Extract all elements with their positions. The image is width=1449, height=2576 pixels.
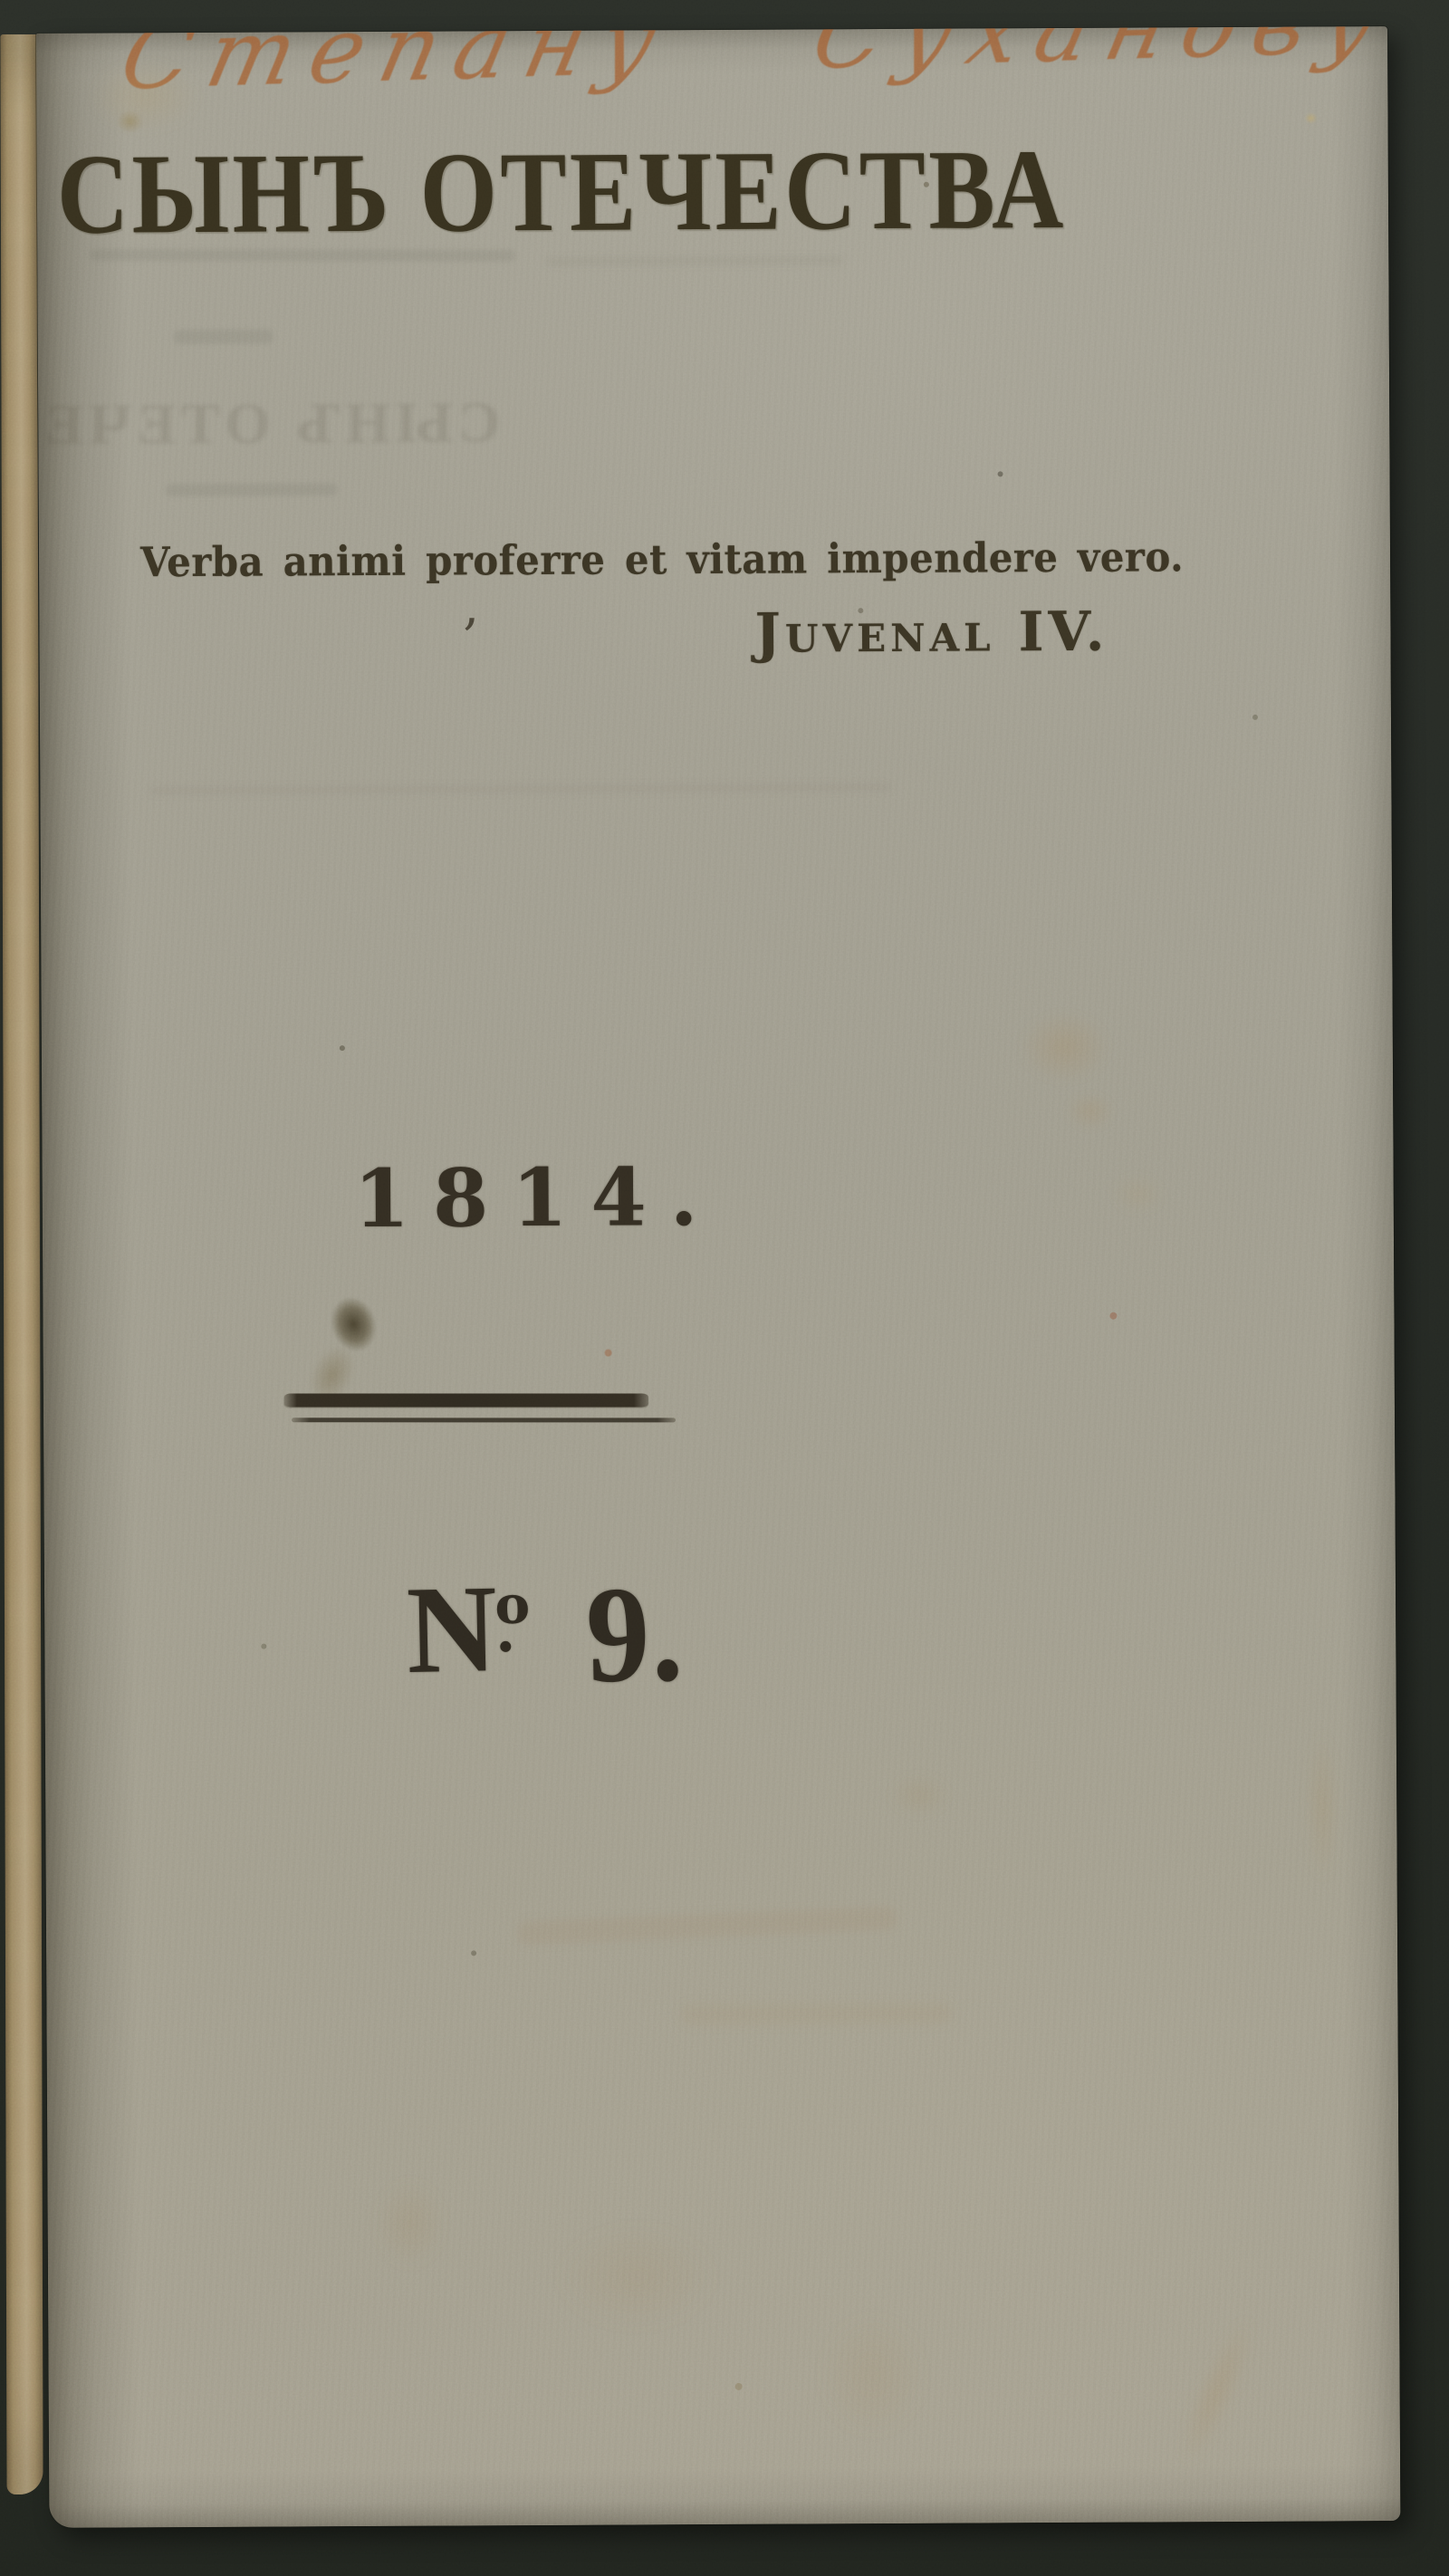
show-through-ghost-title: СЫНЪ ОТЕЧЕСТВА [120, 389, 500, 457]
numero-space [529, 1564, 585, 1565]
publication-year: 1814. [354, 1157, 722, 1238]
show-through-smudge [166, 483, 338, 496]
paper-stain [1020, 1011, 1110, 1084]
paper-stain [1065, 1092, 1115, 1130]
numero-superscript: o . [494, 1589, 531, 1645]
binding-edge [0, 34, 43, 2494]
scan-background: Степану Суханову СЫНЪ ОТЕЧЕСТВА СЫНЪ ОТЕ… [0, 0, 1449, 2576]
divider-rule-thin [292, 1418, 676, 1422]
paper-stain [1306, 1729, 1339, 1883]
issue-number: N o . 9. [406, 1562, 695, 1707]
journal-cover-page: Степану Суханову СЫНЪ ОТЕЧЕСТВА СЫНЪ ОТЕ… [36, 26, 1400, 2528]
divider-rule-thick [284, 1393, 648, 1407]
show-through-smudge [544, 255, 843, 266]
paper-stain [888, 1773, 951, 1818]
paper-stain [373, 2178, 446, 2269]
show-through-smudge [174, 330, 273, 345]
show-through-smudge [149, 783, 891, 795]
paper-stain [1167, 2310, 1266, 2474]
ink-specks [36, 34, 40, 37]
epigraph-attribution: Juvenal IV. [754, 605, 1108, 661]
paper-stain [1304, 113, 1317, 124]
show-through-smudge [517, 1907, 898, 1946]
epigraph: Verba animi proferre et vitam impendere … [140, 531, 1184, 590]
stray-ink-mark: , [463, 582, 479, 632]
show-through-smudge [680, 2004, 952, 2025]
paper-stain [555, 2222, 719, 2331]
numero-letter: N [406, 1566, 498, 1693]
journal-title: СЫНЪ ОТЕЧЕСТВА [57, 133, 1067, 253]
paper-stain [818, 2312, 927, 2439]
paper-stain [91, 60, 199, 133]
paper-stain [1111, 1173, 1166, 1214]
handwritten-inscription: Степану Суханову [113, 26, 1400, 103]
issue-number-value: 9. [585, 1564, 686, 1704]
